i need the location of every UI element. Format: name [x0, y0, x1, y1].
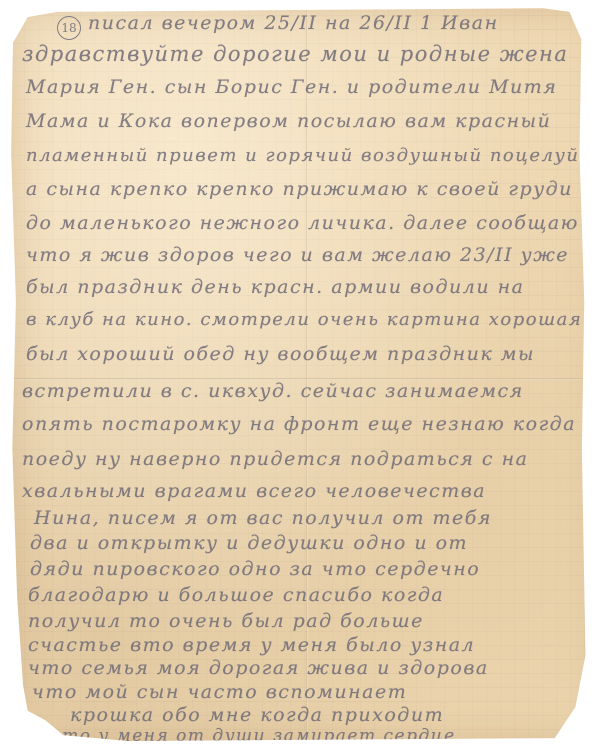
- letter-line: что у меня от души замирает сердце: [50, 726, 456, 746]
- handwritten-text-block: писал вечером 25/II на 26/II 1 Иван здра…: [10, 6, 602, 744]
- letter-line: счастье вто время у меня было узнал: [28, 634, 475, 656]
- letter-line: два и открытку и дедушки одно и от: [30, 532, 468, 554]
- letter-line: получил то очень был рад больше: [28, 610, 424, 632]
- letter-line: что я жив здоров чего и вам желаю 23/II …: [26, 244, 569, 266]
- letter-line: здравствуйте дорогие мои и родные жена: [22, 42, 568, 66]
- letter-line: до маленького нежного личика. далее сооб…: [26, 212, 579, 234]
- letter-line: Нина, писем я от вас получил от тебя: [34, 507, 492, 529]
- letter-line: а сына крепко крепко прижимаю к своей гр…: [26, 178, 573, 200]
- letter-line: Мама и Кока вопервом посылаю вам красный: [26, 110, 551, 132]
- letter-line: хвальными врагами всего человечества: [22, 480, 486, 502]
- letter-page: 18 писал вечером 25/II на 26/II 1 Иван з…: [10, 6, 602, 744]
- letter-line: что семья моя дорогая жива и здорова: [28, 657, 489, 679]
- letter-line: был хороший обед ну вообщем праздник мы: [26, 343, 535, 365]
- letter-line: в клуб на кино. смотрели очень картина х…: [26, 309, 582, 330]
- letter-line: дяди пировского одно за что сердечно: [30, 558, 480, 580]
- letter-line: благодарю и большое спасибо когда: [28, 584, 444, 606]
- letter-line: крошка обо мне когда приходит: [70, 704, 444, 726]
- letter-line: опять постаромку на фронт еще незнаю ког…: [22, 413, 576, 435]
- letter-line: пламенный привет и горячий воздушный поц…: [26, 145, 579, 166]
- letter-line: был праздник день красн. армии водили на: [26, 276, 524, 298]
- letter-line: писал вечером 25/II на 26/II 1 Иван: [88, 12, 499, 34]
- letter-line: что мой сын часто вспоминает: [32, 681, 407, 703]
- letter-line: встретили в с. иквхуд. сейчас занимаемся: [22, 380, 524, 402]
- letter-line: Мария Ген. сын Борис Ген. и родители Мит…: [26, 76, 557, 98]
- letter-line: поеду ну наверно придется подраться с на: [22, 448, 528, 470]
